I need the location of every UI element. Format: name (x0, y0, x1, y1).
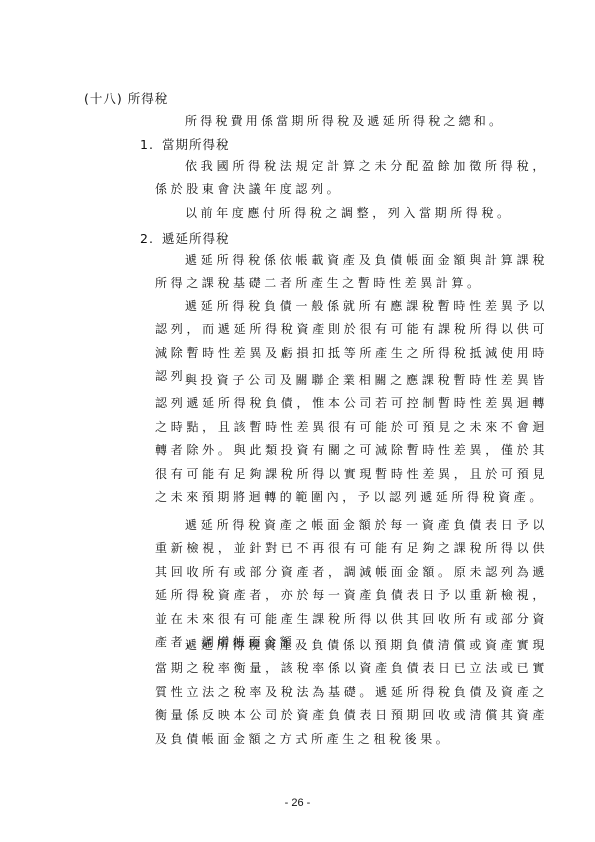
item-1-title: 1.當期所得稅 (140, 135, 230, 153)
item-2-title: 2.遞延所得稅 (140, 229, 230, 247)
paragraph: 遞延所得稅係依帳載資產及負債帳面金額與計算課稅所得之課稅基礎二者所產生之暫時性差… (155, 249, 548, 296)
paragraph: 遞延所得稅資產及負債係以預期負債清償或資產實現當期之稅率衡量，該稅率係以資產負債… (155, 634, 548, 751)
item-number: 1. (140, 137, 162, 152)
page-number: - 26 - (0, 797, 595, 809)
paragraph: 以前年度應付所得稅之調整，列入當期所得稅。 (155, 202, 548, 225)
item-title-text: 當期所得稅 (162, 137, 230, 152)
paragraph: 依我國所得稅法規定計算之未分配盈餘加徵所得稅，係於股東會決議年度認列。 (155, 155, 548, 202)
section-intro: 所得稅費用係當期所得稅及遞延所得稅之總和。 (185, 112, 504, 129)
paragraph: 與投資子公司及關聯企業相關之應課稅暫時性差異皆認列遞延所得稅負債，惟本公司若可控… (155, 369, 548, 509)
item-number: 2. (140, 231, 162, 246)
document-page: (十八) 所得稅 所得稅費用係當期所得稅及遞延所得稅之總和。 1.當期所得稅 依… (0, 0, 595, 842)
section-heading: (十八) 所得稅 (84, 89, 168, 107)
item-title-text: 遞延所得稅 (162, 231, 230, 246)
